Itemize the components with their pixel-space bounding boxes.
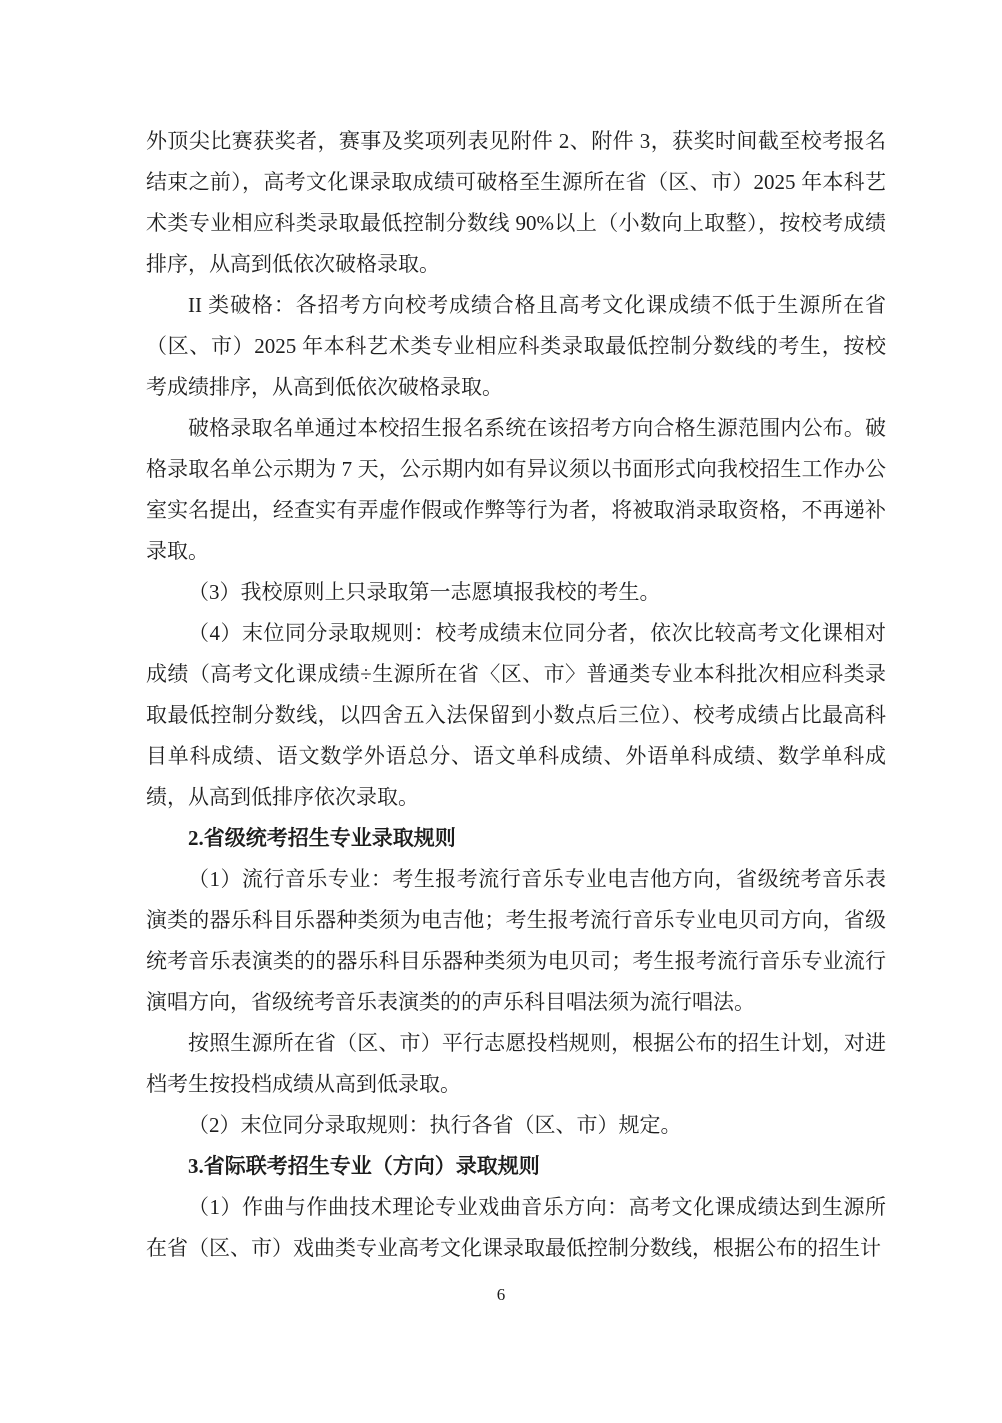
page-number: 6 (497, 1285, 506, 1304)
document-body: 外顶尖比赛获奖者，赛事及奖项列表见附件 2、附件 3，获奖时间截至校考报名结束之… (146, 121, 886, 1269)
page-footer: 6 (0, 1284, 1002, 1306)
paragraph: （1）作曲与作曲技术理论专业戏曲音乐方向：高考文化课成绩达到生源所在省（区、市）… (146, 1187, 886, 1269)
paragraph: 破格录取名单通过本校招生报名系统在该招考方向合格生源范围内公布。破格录取名单公示… (146, 408, 886, 572)
paragraph: II 类破格：各招考方向校考成绩合格且高考文化课成绩不低于生源所在省（区、市）2… (146, 285, 886, 408)
section-heading: 2.省级统考招生专业录取规则 (146, 818, 886, 859)
paragraph: （4）末位同分录取规则：校考成绩末位同分者，依次比较高考文化课相对成绩（高考文化… (146, 613, 886, 818)
paragraph: 外顶尖比赛获奖者，赛事及奖项列表见附件 2、附件 3，获奖时间截至校考报名结束之… (146, 121, 886, 285)
paragraph: 按照生源所在省（区、市）平行志愿投档规则，根据公布的招生计划，对进档考生按投档成… (146, 1023, 886, 1105)
section-heading: 3.省际联考招生专业（方向）录取规则 (146, 1146, 886, 1187)
paragraph: （3）我校原则上只录取第一志愿填报我校的考生。 (146, 572, 886, 613)
paragraph: （2）末位同分录取规则：执行各省（区、市）规定。 (146, 1105, 886, 1146)
document-page: 外顶尖比赛获奖者，赛事及奖项列表见附件 2、附件 3，获奖时间截至校考报名结束之… (0, 0, 1002, 1423)
paragraph: （1）流行音乐专业：考生报考流行音乐专业电吉他方向，省级统考音乐表演类的器乐科目… (146, 859, 886, 1023)
